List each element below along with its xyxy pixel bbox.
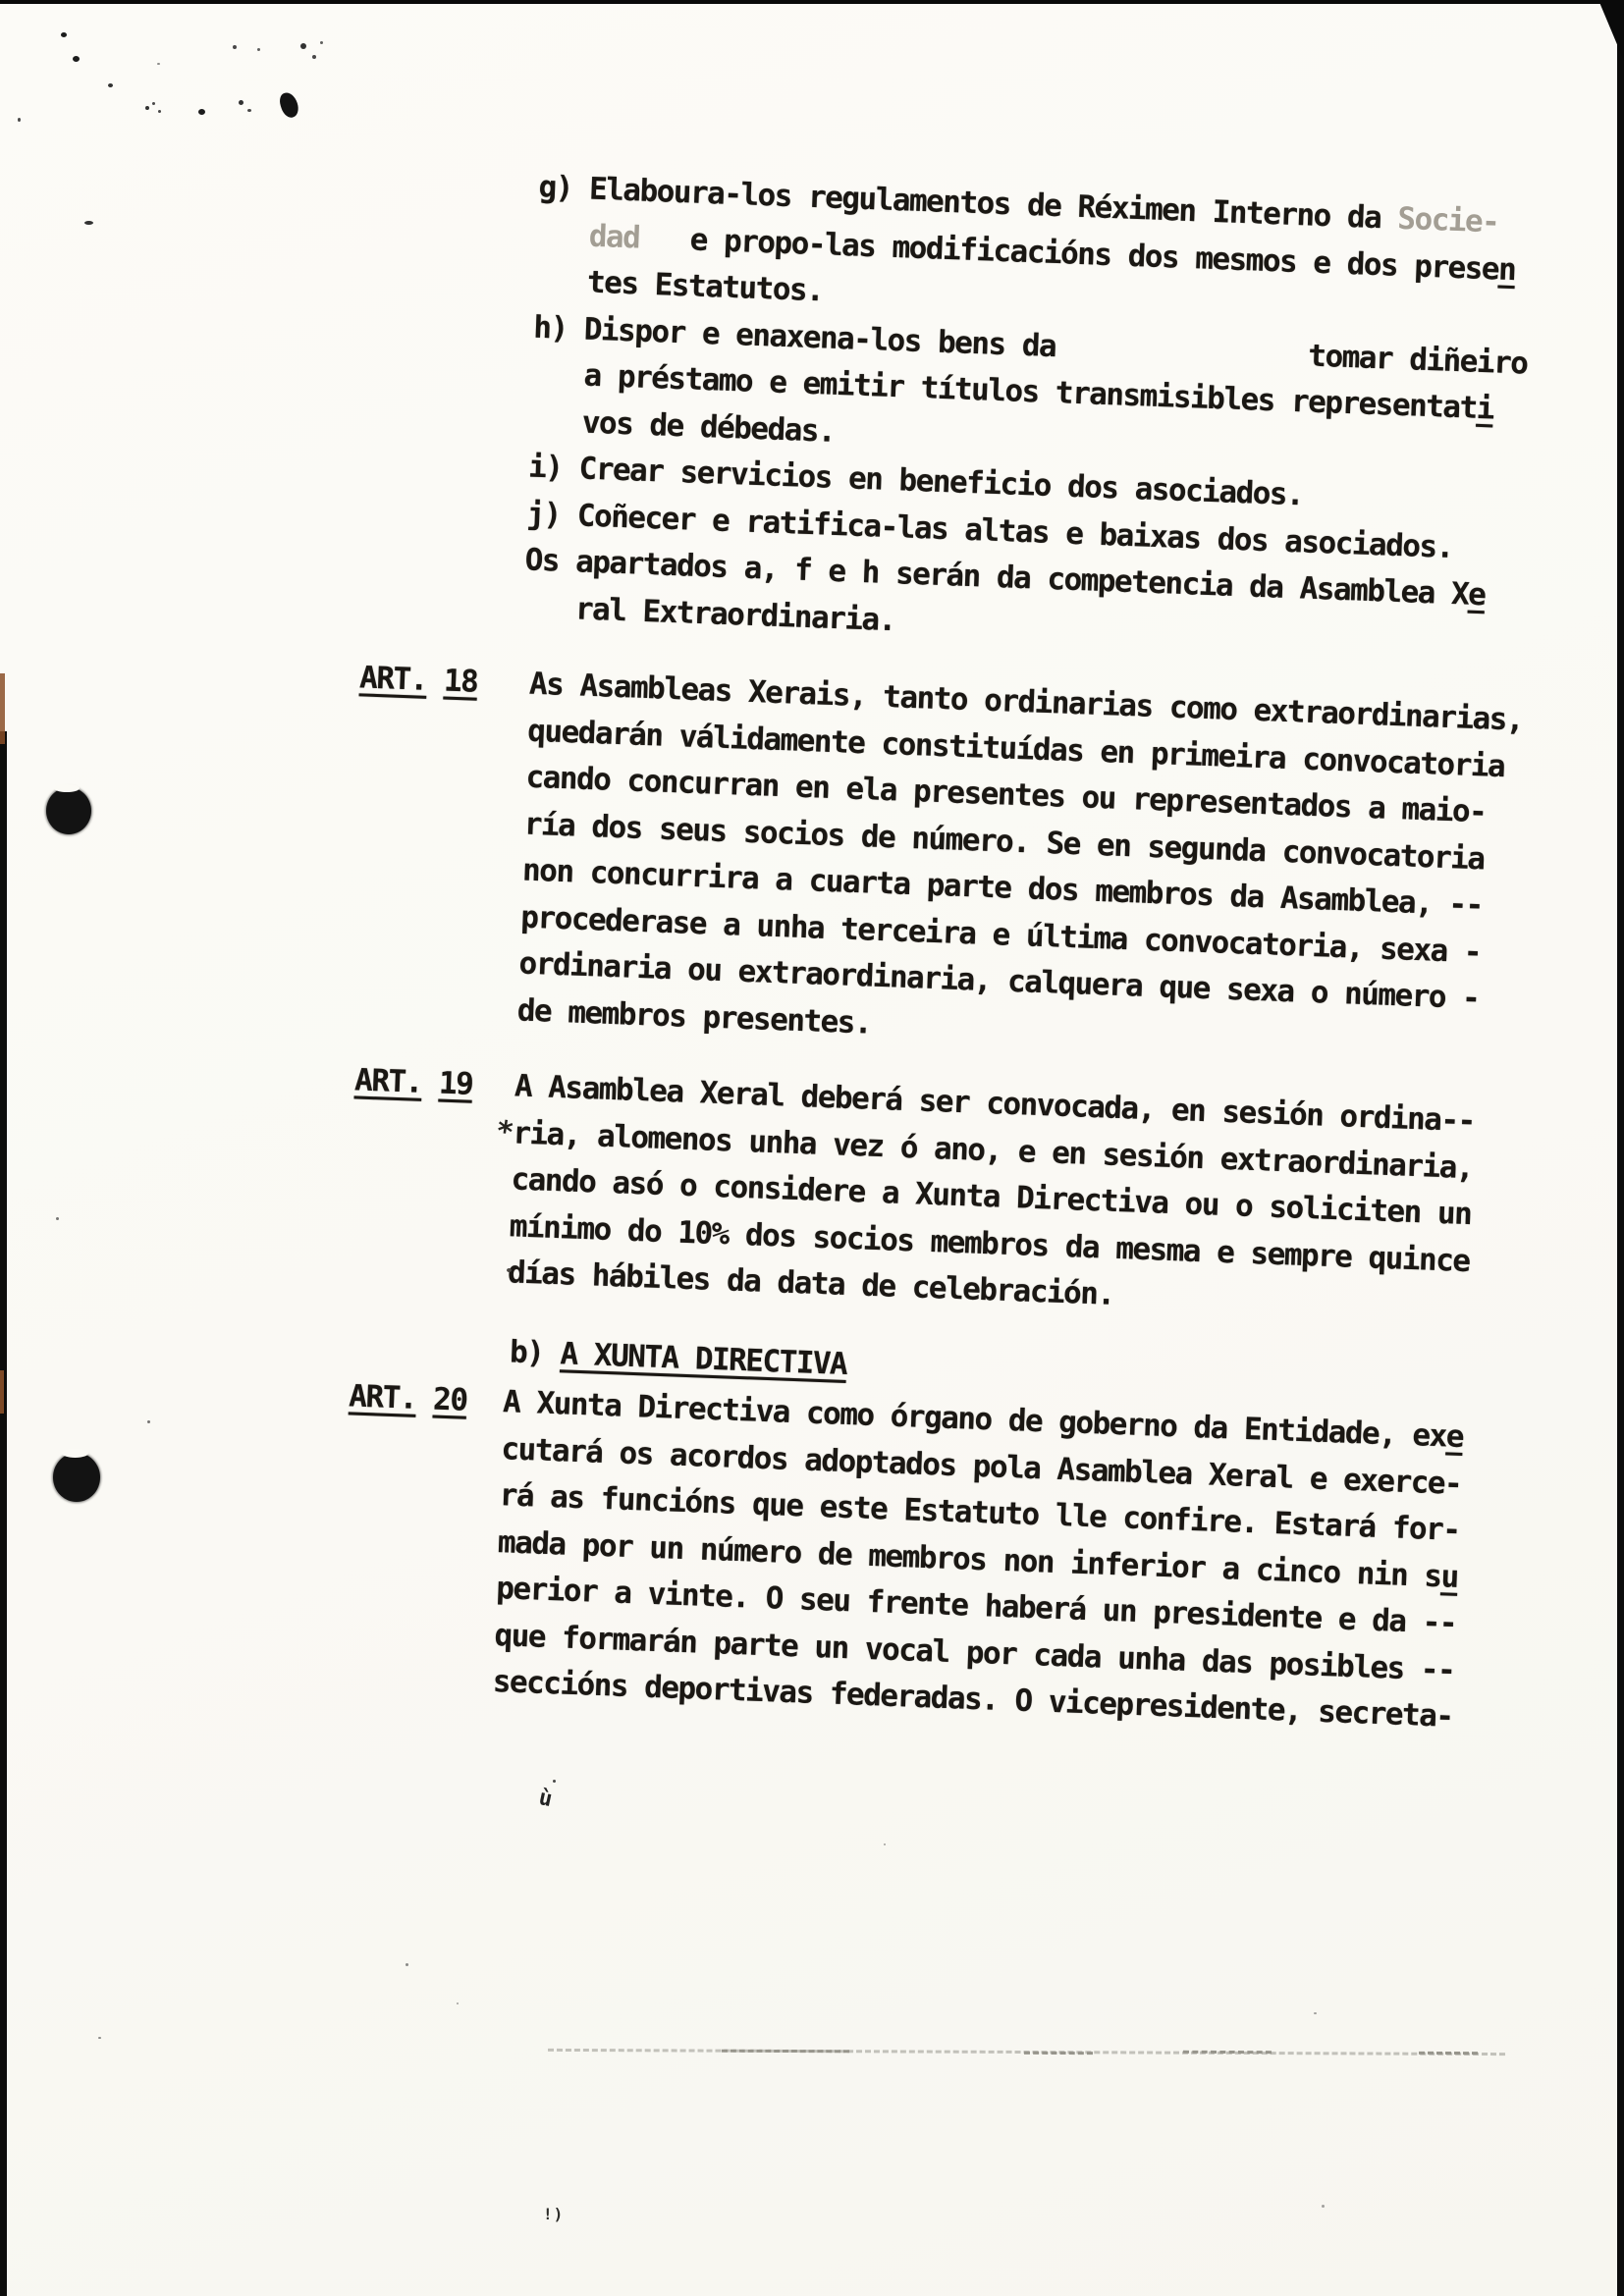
text-segment: ral Extraordinaria. xyxy=(574,591,895,638)
scan-speck xyxy=(108,83,113,87)
scan-speck xyxy=(198,109,205,115)
scanned-document-page: { "document": { "blocks": [ { "id": "ite… xyxy=(0,0,1624,2296)
scan-speck xyxy=(1314,2012,1317,2014)
scan-speck xyxy=(157,63,160,65)
scan-speck xyxy=(300,43,306,49)
stray-dot xyxy=(507,1268,512,1272)
text-segment: 18 xyxy=(443,663,478,699)
text-segment: n xyxy=(1497,251,1515,288)
text-segment: e xyxy=(1468,577,1486,614)
text-segment: 19 xyxy=(438,1066,473,1102)
rust-smudge xyxy=(0,673,5,744)
text-segment: ART. xyxy=(359,660,428,697)
scan-speck xyxy=(884,1843,886,1845)
ink-blob xyxy=(46,787,91,834)
text-segment: 20 xyxy=(432,1382,467,1418)
text-segment: días hábiles da data de celebración. xyxy=(507,1255,1114,1312)
scan-speck xyxy=(56,1217,59,1220)
faint-text-segment: dad xyxy=(588,218,640,255)
scan-corner-top-right xyxy=(1598,0,1624,61)
text-segment xyxy=(421,1065,439,1101)
scan-speck xyxy=(152,102,155,105)
ink-blob xyxy=(53,1453,100,1502)
scan-edge-top xyxy=(0,0,1624,4)
ghost-dash xyxy=(1024,2052,1093,2055)
text-line: ral Extraordinaria. xyxy=(574,590,895,639)
page-bottom-mark: !) xyxy=(543,2205,564,2223)
ink-blob-small xyxy=(277,90,300,120)
text-segment: b) xyxy=(509,1334,561,1371)
text-line: b) A XUNTA DIRECTIVA xyxy=(509,1333,846,1383)
scan-speck xyxy=(73,56,80,62)
text-segment: tes Estatutos. xyxy=(586,265,823,309)
ghost-dash xyxy=(1183,2051,1272,2054)
scan-speck xyxy=(1322,2205,1325,2208)
scan-speck xyxy=(98,2037,101,2039)
text-segment xyxy=(426,663,444,699)
scan-speck xyxy=(239,100,244,105)
text-segment: ART. xyxy=(349,1378,417,1415)
scan-speck xyxy=(406,1963,408,1966)
scan-speck xyxy=(247,109,251,112)
scan-speck xyxy=(553,1780,556,1783)
scan-speck xyxy=(257,48,260,51)
faint-text-segment: Socie- xyxy=(1397,201,1499,240)
scan-speck xyxy=(61,32,67,37)
rust-smudge xyxy=(0,1370,4,1414)
text-segment xyxy=(415,1381,433,1417)
article-label: ART. 20 xyxy=(349,1377,467,1418)
typewritten-text: g) Elaboura-los regulamentos de Réximen … xyxy=(271,147,1624,1912)
ghost-dash xyxy=(1419,2052,1478,2055)
text-segment: e xyxy=(1445,1418,1463,1455)
article-label: ART. 19 xyxy=(353,1061,472,1102)
article-label: ART. 18 xyxy=(359,659,478,700)
ghost-dash xyxy=(722,2050,849,2054)
scan-speck xyxy=(18,118,21,122)
text-segment: u xyxy=(1440,1559,1458,1595)
scan-speck xyxy=(145,106,149,110)
scan-edge-left xyxy=(0,731,7,2296)
scan-speck xyxy=(312,55,316,59)
text-segment: ART. xyxy=(354,1062,423,1099)
text-segment: A XUNTA DIRECTIVA xyxy=(560,1336,847,1382)
scan-speck xyxy=(147,1420,150,1423)
scan-speck xyxy=(158,110,161,113)
scan-speck xyxy=(320,41,323,44)
text-segment: de membros presentes. xyxy=(516,992,872,1041)
text-segment: vos de débedas. xyxy=(581,404,836,449)
text-line: tes Estatutos. xyxy=(586,264,824,310)
scan-speck xyxy=(233,45,237,49)
text-line: de membros presentes. xyxy=(516,991,872,1041)
text-segment: i xyxy=(1476,391,1493,427)
text-line: vos de débedas. xyxy=(581,403,836,450)
scan-speck xyxy=(457,2002,459,2004)
scan-speck xyxy=(84,221,93,225)
